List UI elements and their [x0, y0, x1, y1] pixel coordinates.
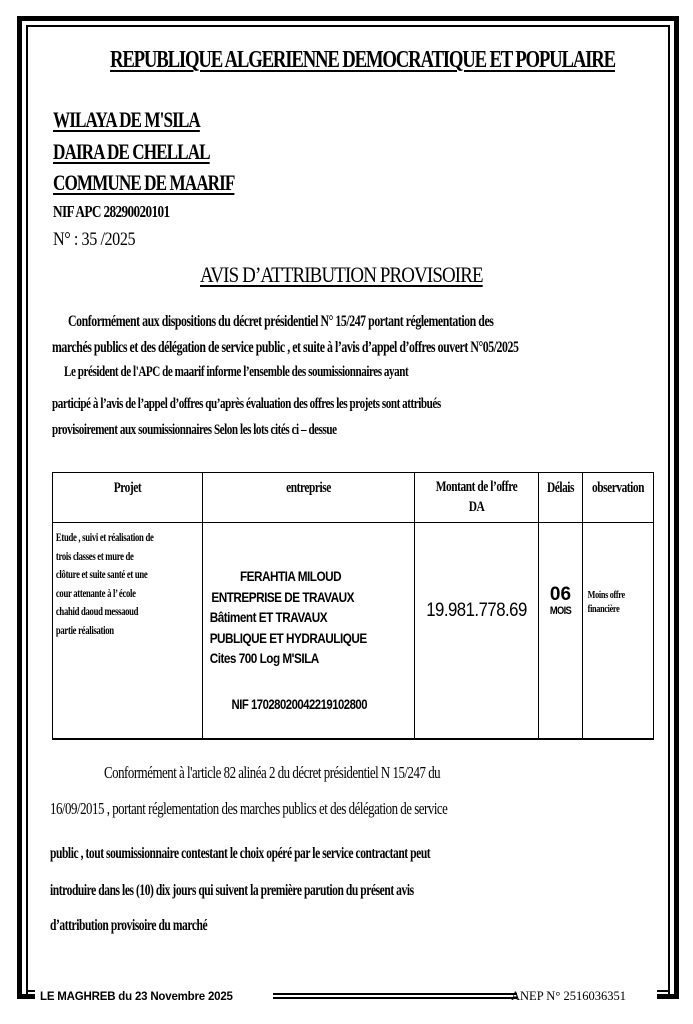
cell-observation: Moins offre financière — [583, 523, 654, 740]
table-row: Etude , suivi et réalisation de trois cl… — [53, 523, 654, 740]
frame-corner-left — [17, 994, 35, 999]
commune-heading: COMMUNE DE MAARIF — [53, 170, 234, 196]
intro-line-3: Le président de l'APC de maarif informe … — [64, 364, 408, 381]
republic-title: REPUBLIQUE ALGERIENNE DEMOCRATIQUE ET PO… — [110, 47, 615, 74]
intro-line-1: Conformément aux dispositions du décret … — [68, 313, 493, 331]
header-observation: observation — [583, 473, 654, 523]
wilaya-heading: WILAYA DE M'SILA — [53, 107, 200, 133]
frame-corner-left-inner — [26, 990, 35, 992]
header-projet: Projet — [53, 473, 203, 523]
nif-apc: NIF APC 28290020101 — [53, 202, 170, 222]
attribution-table: Projet entreprise Montant de l’offre DA … — [52, 472, 653, 740]
frame-corner-right — [657, 994, 679, 999]
header-entreprise: entreprise — [203, 473, 415, 523]
intro-line-4: participé à l’avis de l’appel d’offres q… — [52, 396, 441, 413]
anep-number: ANEP N° 2516036351 — [511, 989, 626, 1003]
publication-name: LE MAGHREB du 23 Novembre 2025 — [40, 990, 233, 1004]
entreprise-nif: NIF 170280200422191028​00 — [210, 695, 415, 716]
intro-line-5: provisoirement aux soumissionnaires Selo… — [52, 422, 337, 439]
daira-heading: DAIRA DE CHELLAL — [53, 139, 210, 165]
closing-line-1: Conformément à l'article 82 alinéa 2 du … — [104, 763, 440, 783]
header-delais: Délais — [539, 473, 583, 523]
cell-projet: Etude , suivi et réalisation de trois cl… — [53, 523, 203, 740]
notice-title: AVIS D’ATTRIBUTION PROVISOIRE — [200, 262, 483, 288]
header-montant: Montant de l’offre DA — [415, 473, 539, 523]
frame-corner-right-inner — [657, 990, 670, 992]
notice-number: N° : 35 /2025 — [53, 229, 135, 251]
cell-entreprise: FERAHTIA MILOUD ENTREPRISE DE TRAVAUX Bâ… — [203, 523, 415, 740]
cell-montant: 19.981.778.69 — [415, 523, 539, 740]
closing-line-4: introduire dans les (10) dix jours qui s… — [50, 882, 414, 900]
footer-bar: LE MAGHREB du 23 Novembre 2025 ANEP N° 2… — [17, 990, 679, 1006]
footer-rule — [273, 997, 517, 999]
closing-line-2: 16/09/2015 , portant réglementation des … — [50, 799, 447, 819]
cell-delais: 06 MOIS — [539, 523, 583, 740]
closing-line-3: public , tout soumissionnaire contestant… — [50, 845, 430, 863]
footer-rule — [273, 993, 517, 995]
table-header-row: Projet entreprise Montant de l’offre DA … — [53, 473, 654, 523]
intro-line-2: marchés publics et des délégation de ser… — [52, 339, 518, 357]
closing-line-5: d’attribution provisoire du marché — [50, 917, 207, 935]
